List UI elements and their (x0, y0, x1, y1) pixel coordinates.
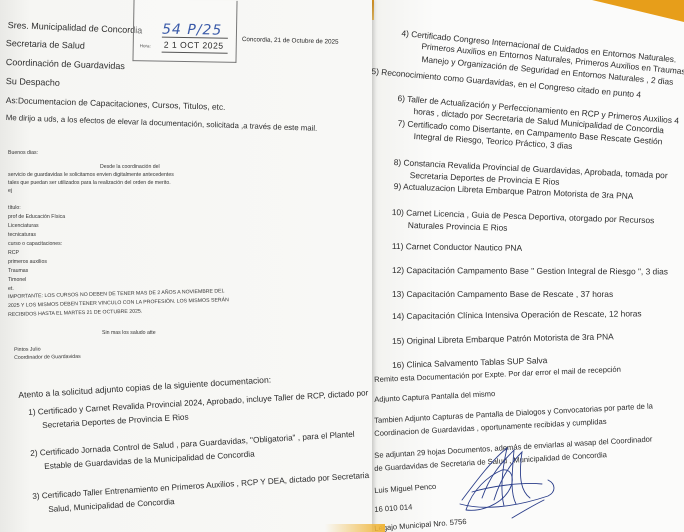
letter-page-1: Sres. Municipalidad de Concordia Secreta… (0, 0, 372, 532)
item-number: 2) (30, 449, 38, 458)
item-number: 5) (372, 66, 379, 77)
signer-id-number: 16 010 014 (374, 502, 413, 514)
stamp-rule (162, 52, 228, 54)
reception-stamp: 54 P/25 Hora: 2 1 OCT 2025 (132, 0, 237, 63)
item-text: Naturales Provincia E Rios (408, 220, 508, 233)
item-number: 13) (392, 289, 404, 299)
mail-list-item: RCP (8, 250, 19, 256)
mail-list-item: Timonel (8, 277, 26, 283)
intro-line: Me dirijo a uds, a los efectos de elevar… (6, 113, 318, 133)
item-text: Capacitación Campamento Base " Gestion I… (406, 265, 668, 276)
item-number: 12) (392, 265, 404, 275)
item-text: Clinica Salvamento Tablas SUP Salva (406, 355, 547, 369)
subject-line: As:Documentacion de Capacitaciones, Curs… (6, 95, 226, 112)
mail-list-item: curso o capacitaciones: (8, 241, 62, 247)
attachment-item: 14) Capacitación Clínica Intensiva Opera… (392, 308, 642, 321)
letter-page-2: 4) Certificado Congreso Internacional de… (372, 0, 684, 532)
recipient-line: Secretaria de Salud (6, 38, 85, 51)
recipient-line: Su Despacho (6, 76, 60, 88)
item-number: 10) (392, 207, 404, 217)
mail-list-item: prof de Educación Física (8, 214, 65, 220)
item-number: 1) (28, 408, 36, 417)
item-number: 6) (397, 93, 405, 104)
item-number: 8) (394, 157, 402, 167)
mail-list-item: primeros auxilios (8, 259, 47, 265)
mail-closing: Sin mas los saludo atte (102, 330, 156, 336)
mail-list-item: tecnicaturas (8, 232, 36, 238)
mail-signer-role: Coordinador de Guardavidas (14, 354, 81, 361)
item-number: 16) (392, 360, 404, 370)
item-text: Salud, Municipalidad de Concordia (48, 497, 175, 514)
important-note: RECIBIDOS HASTA EL MARTES 21 DE OCTUBRE … (8, 308, 142, 318)
place-date: Concordia, 21 de Octubre de 2025 (242, 36, 339, 46)
recipient-line: Coordinación de Guardavidas (6, 57, 125, 71)
mail-list-item: Licenciaturas (8, 223, 39, 229)
item-number: 4) (401, 28, 409, 39)
item-number: 14) (392, 311, 404, 321)
item-number: 9) (394, 181, 402, 191)
stamp-label: Hora: (140, 43, 151, 48)
mail-line: servicio de guardavidas le solicitamos e… (8, 172, 174, 178)
scanned-document-view: Sres. Municipalidad de Concordia Secreta… (0, 0, 684, 532)
item-text: Original Libreta Embarque Patrón Motoris… (406, 331, 613, 345)
signer-name: Luis Miguel Penco (374, 482, 437, 495)
attachment-item: 3) Certificado Taller Entrenamiento en P… (32, 471, 369, 501)
mail-signer-name: Pintos Julio (14, 347, 41, 353)
mail-list-item: et. (8, 286, 14, 292)
handwritten-signature (452, 440, 562, 522)
mail-line: tales que puedan ser utilizados para la … (8, 180, 171, 186)
recipient-line: Sres. Municipalidad de Concordia (8, 20, 143, 35)
item-text: Carnet Conductor Nautico PNA (406, 241, 523, 253)
attachment-item: 15) Original Libreta Embarque Patrón Mot… (392, 331, 614, 346)
stamp-rule (162, 37, 228, 39)
item-number: 7) (397, 118, 405, 128)
item-number: 11) (392, 241, 404, 251)
item-text: Capacitación Campamento Base de Rescate … (406, 289, 613, 299)
item-text: Secretaria Deportes de Provincia E Rios (42, 413, 189, 430)
mail-line: ej (8, 188, 12, 194)
stamp-date: 2 1 OCT 2025 (164, 40, 224, 51)
mail-list-item: título: (8, 205, 21, 211)
background-folder-edge (325, 524, 385, 532)
mail-list-item: Traumas (8, 268, 28, 274)
attachment-item: 13) Capacitación Campamento Base de Resc… (392, 289, 613, 299)
mail-line: Desde la coordinación del (100, 164, 160, 170)
attachment-item: 12) Capacitación Campamento Base " Gesti… (392, 265, 668, 276)
mail-greeting: Buenos dias: (8, 150, 38, 156)
item-number: 3) (32, 492, 40, 501)
closing-line: Adjunto Captura Pantalla del mismo (374, 389, 495, 404)
item-text: Capacitación Clínica Intensiva Operación… (406, 308, 641, 320)
attachment-item: 11) Carnet Conductor Nautico PNA (392, 241, 522, 253)
item-text: Certificado Taller Entrenamiento en Prim… (42, 471, 370, 501)
item-number: 15) (392, 336, 404, 346)
